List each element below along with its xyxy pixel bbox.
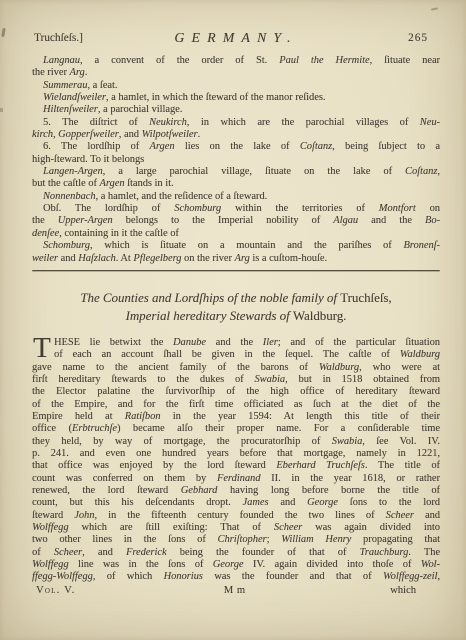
signature-mark: M m — [224, 585, 246, 596]
text-line: kirch, Gopperſweiler, and Wilpotſweiler. — [32, 129, 440, 141]
text-line: Langnau, a convent of the order of St. P… — [32, 55, 440, 67]
divider-rule — [32, 270, 440, 272]
text-line: Obſ. The lordſhip of Schomburg within th… — [32, 203, 440, 215]
text-line: of Scheer, and Frederick being the found… — [32, 547, 440, 559]
text-line: high-ſteward. To it belongs — [32, 154, 440, 166]
text-line: count was conferred on them by Ferdinand… — [32, 473, 440, 485]
text-line: Imperial hereditary Stewards of Waldburg… — [32, 307, 440, 325]
text-line: 6. The lordſhip of Argen lies on the lak… — [32, 141, 440, 153]
running-head: Truchſeſs.] GERMANY. 265 — [32, 30, 440, 46]
page-number: 265 — [408, 32, 428, 44]
text-line: of the Empire, and for the firſt time of… — [32, 399, 440, 411]
text-line: Langen-Argen, a large parochial village,… — [32, 166, 440, 178]
article-paragraph: T HESE lie betwixt the Danube and the Il… — [32, 337, 440, 584]
drop-cap: T — [33, 337, 51, 360]
text-line: but the caſtle of Argen ſtands in it. — [32, 178, 440, 190]
text-line: denſee, containing in it the caſtle of — [32, 228, 440, 240]
text-line: the Elector palatine the ſurvivorſhip of… — [32, 386, 440, 398]
text-line: The Counties and Lordſhips of the noble … — [32, 289, 440, 307]
text-line: that office was enjoyed by the lord ſtew… — [32, 460, 440, 472]
gazetteer-section: Langnau, a convent of the order of St. P… — [32, 55, 440, 265]
text-line: they held, by way of mortgage, the procu… — [32, 436, 440, 448]
text-line: renewed, the lord ſteward Gebhard having… — [32, 485, 440, 497]
article-lines: HESE lie betwixt the Danube and the Iler… — [32, 337, 440, 584]
text-line: of each an account ſhall be given in the… — [32, 349, 440, 361]
text-line: two other lines in the ſons of Chriſtoph… — [32, 534, 440, 546]
text-line: office (Erbtruchſe) became alſo their pr… — [32, 423, 440, 435]
text-line: Nonnenbach, a hamlet, and the reſidence … — [32, 191, 440, 203]
text-line: Wielandſweiler, a hamlet, in which the ſ… — [32, 92, 440, 104]
volume-label: Vol. V. — [36, 585, 75, 596]
text-line: p. 241. and even one hundred years befor… — [32, 448, 440, 460]
text-line: weiler and Haſzlach. At Pflegelberg on t… — [32, 253, 440, 265]
text-line: 5. The diſtrict of Neukirch, in which ar… — [32, 117, 440, 129]
text-line: HESE lie betwixt the Danube and the Iler… — [32, 337, 440, 349]
text-line: the Upper-Argen belongs to the Imperial … — [32, 215, 440, 227]
text-line: Hiltenſweiler, a parochial village. — [32, 104, 440, 116]
section-heading: The Counties and Lordſhips of the noble … — [32, 289, 440, 325]
text-line: Summerau, a ſeat. — [32, 80, 440, 92]
catchword: which — [390, 585, 416, 596]
text-line: firſt hereditary ſtewards to the dukes o… — [32, 374, 440, 386]
book-page: Truchſeſs.] GERMANY. 265 Langnau, a conv… — [0, 0, 466, 640]
text-line: Empire held at Ratiſbon in the year 1594… — [32, 411, 440, 423]
text-line: ffegg-Wolffegg, of which Honorius was th… — [32, 571, 440, 583]
text-line: count, but this his deſcendants dropt. J… — [32, 497, 440, 509]
scan-speck — [431, 7, 438, 10]
text-line: ſteward John, in the fifteenth century f… — [32, 510, 440, 522]
text-line: Wolffegg which are ſtill exiſting: That … — [32, 522, 440, 534]
scan-speck — [1, 28, 5, 37]
page-footer: Vol. V. M m which — [32, 584, 440, 598]
header-section-label: Truchſeſs.] — [34, 32, 83, 44]
text-block: Truchſeſs.] GERMANY. 265 Langnau, a conv… — [32, 30, 440, 598]
text-line: Wolffegg line was in the ſons of George … — [32, 559, 440, 571]
page-title: GERMANY. — [174, 30, 297, 46]
text-line: Schomburg, which is ſituate on a mountai… — [32, 240, 440, 252]
scan-speck — [0, 108, 3, 112]
text-line: gave name to the ancient family of the b… — [32, 362, 440, 374]
text-line: the river Arg. — [32, 67, 440, 79]
